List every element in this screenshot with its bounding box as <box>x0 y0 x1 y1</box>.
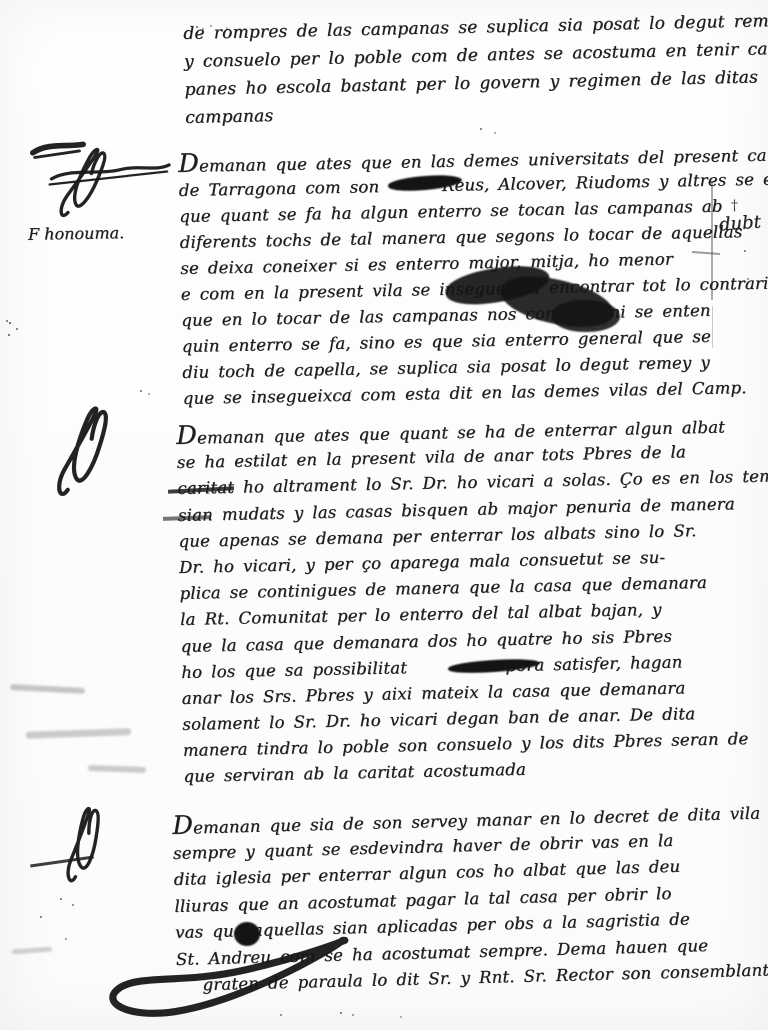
ink-specks <box>6 320 8 322</box>
ink-specks <box>60 898 62 900</box>
scan-smear <box>26 728 131 739</box>
ink-specks <box>480 128 482 130</box>
scan-smear <box>88 765 146 773</box>
ink-specks <box>140 390 142 392</box>
paragraph-3: Demanan que ates que quant se ha de ente… <box>176 411 768 790</box>
scan-smear <box>12 947 52 955</box>
paraph-mark-icon <box>50 800 129 889</box>
bottom-flourish-icon <box>88 930 353 1022</box>
paraph-mark-icon <box>58 146 120 222</box>
paragraph-1: de rompres de las campanas se suplica si… <box>183 7 768 132</box>
ink-specks <box>330 392 332 394</box>
manuscript-page: F honouma. † dubt de rompres de las camp… <box>0 0 768 1030</box>
ink-specks <box>744 250 746 252</box>
left-margin-note: F honouma. <box>28 223 124 244</box>
scan-smear <box>10 684 85 694</box>
ink-specks <box>196 26 198 28</box>
paraph-mark-icon <box>39 401 140 502</box>
ink-smudge <box>552 300 620 332</box>
